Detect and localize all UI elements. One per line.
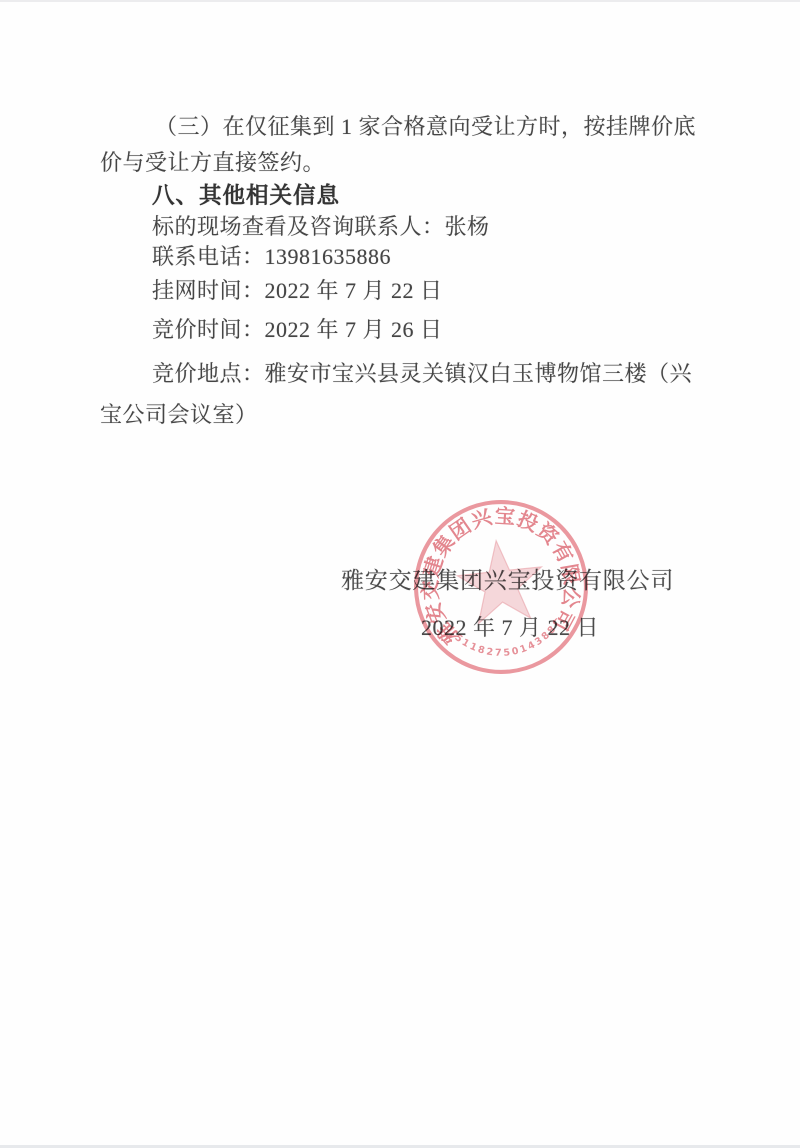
bidding-location-line1: 竞价地点：雅安市宝兴县灵关镇汉白玉博物馆三楼（兴 — [152, 361, 692, 387]
bidding-location-line2: 宝公司会议室） — [100, 402, 258, 428]
contact-phone-line: 联系电话：13981635886 — [152, 244, 391, 270]
clause3-line1: （三）在仅征集到 1 家合格意向受让方时，按挂牌价底 — [155, 114, 696, 140]
listing-time-line: 挂网时间：2022 年 7 月 22 日 — [152, 278, 443, 304]
scanned-document-page: （三）在仅征集到 1 家合格意向受让方时，按挂牌价底 价与受让方直接签约。 八、… — [0, 0, 800, 1148]
contact-person-line: 标的现场查看及咨询联系人：张杨 — [152, 214, 490, 240]
signature-company-name: 雅安交建集团兴宝投资有限公司 — [341, 568, 674, 594]
bidding-time-line: 竞价时间：2022 年 7 月 26 日 — [152, 317, 443, 343]
clause3-line2: 价与受让方直接签约。 — [100, 150, 325, 176]
section8-heading: 八、其他相关信息 — [152, 183, 340, 209]
signature-date: 2022 年 7 月 22 日 — [421, 615, 599, 641]
